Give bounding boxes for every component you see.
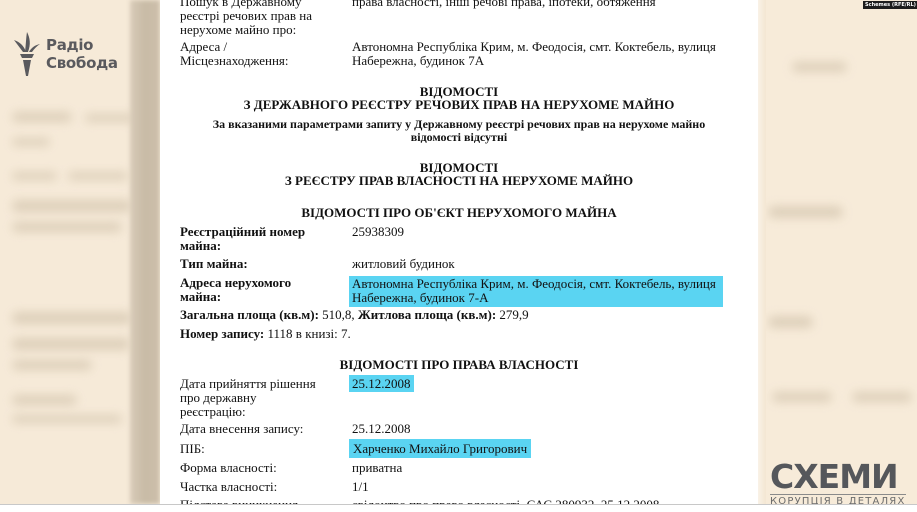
search-scope-label: Пошук в Державному реєстрі речових прав … [180,0,330,37]
property-address-label: Адреса нерухомого майна: [180,276,330,304]
entry-date-label: Дата внесення запису: [180,422,330,436]
registry-document: Пошук в Державному реєстрі речових прав … [160,0,758,504]
area-row: Загальна площа (кв.м): 510,8, Житлова пл… [180,308,738,322]
torch-flame-icon [12,30,42,78]
record-number-row: Номер запису: 1118 в книзі: 7. [180,327,738,341]
property-type-value: житловий будинок [352,257,455,271]
radio-svoboda-logo: Радіо Свобода [12,30,118,78]
page-edge-shadow [130,0,160,504]
ownership-share-value: 1/1 [352,480,369,494]
radio-svoboda-line1: Радіо [46,36,118,54]
reg-number-label: Реєстраційний номер майна: [180,225,330,253]
section2-title-line2: З РЕЄСТРУ ПРАВ ВЛАСНОСТІ НА НЕРУХОМЕ МАЙ… [160,174,758,188]
video-frame: Пошук в Державному реєстрі речових прав … [0,0,917,504]
record-number-label: Номер запису: [180,326,264,341]
living-area-value: 279,9 [499,307,528,322]
blurred-background-right [762,0,917,504]
bottom-strip [0,504,917,512]
radio-svoboda-line2: Свобода [46,54,118,72]
source-credit-badge: Schemes (RFE/RL) [863,1,917,9]
owner-name-label: ПІБ: [180,442,330,456]
reg-number-value: 25938309 [352,225,404,239]
search-address-label: Адреса / Місцезнаходження: [180,40,330,68]
property-type-label: Тип майна: [180,257,330,271]
search-scope-value: права власності, інші речові права, іпот… [352,0,656,9]
entry-date-value: 25.12.2008 [352,422,411,436]
object-section-title: ВІДОМОСТІ ПРО ОБ'ЄКТ НЕРУХОМОГО МАЙНА [160,206,758,220]
record-number-value: 1118 в книзі: 7. [268,326,351,341]
ownership-share-label: Частка власності: [180,480,330,494]
owner-name-value-highlighted: Харченко Михайло Григорович [349,439,531,458]
rights-section-title: ВІДОМОСТІ ПРО ПРАВА ВЛАСНОСТІ [160,358,758,372]
decision-date-value-highlighted: 25.12.2008 [349,375,414,392]
section1-notice-line2: відомості відсутні [160,130,758,144]
search-address-value: Автономна Республіка Крим, м. Феодосія, … [352,40,716,68]
section1-notice-line1: За вказаними параметрами запиту у Держав… [160,117,758,131]
ownership-form-label: Форма власності: [180,461,330,475]
total-area-value: 510,8, [322,307,355,322]
decision-date-label: Дата прийняття рішення про державну реєс… [180,377,330,419]
schemes-logo-title: СХЕМИ [770,460,906,494]
ownership-form-value: приватна [352,461,402,475]
property-address-value-highlighted: Автономна Республіка Крим, м. Феодосія, … [349,276,723,307]
total-area-label: Загальна площа (кв.м): [180,307,319,322]
schemes-logo-subtitle: КОРУПЦІЯ В ДЕТАЛЯХ [770,494,906,504]
section1-title-line2: З ДЕРЖАВНОГО РЕЄСТРУ РЕЧОВИХ ПРАВ НА НЕР… [160,98,758,112]
schemes-logo: СХЕМИ КОРУПЦІЯ В ДЕТАЛЯХ [770,460,906,504]
living-area-label: Житлова площа (кв.м): [358,307,496,322]
